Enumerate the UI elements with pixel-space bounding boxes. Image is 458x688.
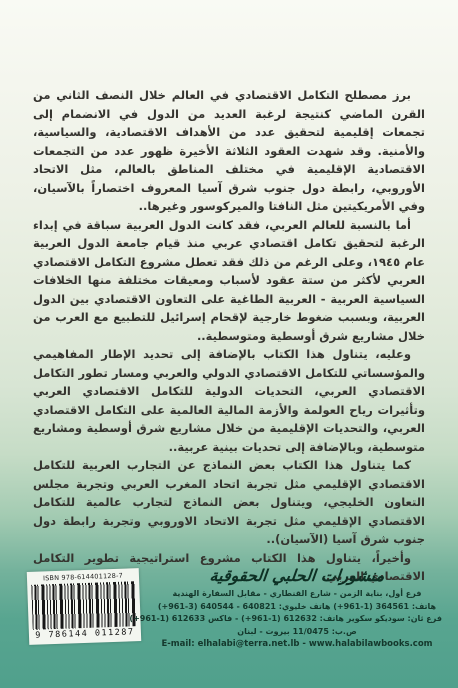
book-synopsis: برز مصطلح التكامل الاقتصادي في العالم خل… xyxy=(33,86,425,586)
publisher-branch1-line: فرع أول، بناية الزمن - شارع القنطاري - م… xyxy=(152,588,442,601)
barcode-icon xyxy=(31,581,137,630)
publisher-logo: منشورات الحلبي الحقوقية xyxy=(151,566,443,585)
publisher-branch2-line: فرع ثان: سوديكو سكوير هاتف: ⁦(+961-1) 61… xyxy=(152,613,442,626)
synopsis-paragraph-3: وعليه، يتناول هذا الكتاب بالإضافة إلى تح… xyxy=(33,345,425,456)
book-back-cover: برز مصطلح التكامل الاقتصادي في العالم خل… xyxy=(0,0,458,688)
publisher-email-website-line: E-mail: elhalabi@terra.net.lb - www.hala… xyxy=(152,638,442,651)
synopsis-paragraph-1: برز مصطلح التكامل الاقتصادي في العالم خل… xyxy=(33,86,425,216)
publisher-block: منشورات الحلبي الحقوقية فرع أول، بناية ا… xyxy=(152,566,442,651)
synopsis-paragraph-2: أما بالنسبة للعالم العربي، فقد كانت الدو… xyxy=(33,216,425,346)
publisher-pobox-line: ص.ب: ⁦11/0475⁩ بيروت - لبنان xyxy=(152,626,442,639)
publisher-phones-line: هاتف: ⁦(+961-1) 364561⁩ هاتف خليوي: ⁦(+9… xyxy=(152,601,442,614)
synopsis-paragraph-4: كما يتناول هذا الكتاب بعض النماذج عن الت… xyxy=(33,456,425,549)
isbn-barcode-label: ISBN 978-614401128-7 9 786144 011287 xyxy=(27,568,141,645)
